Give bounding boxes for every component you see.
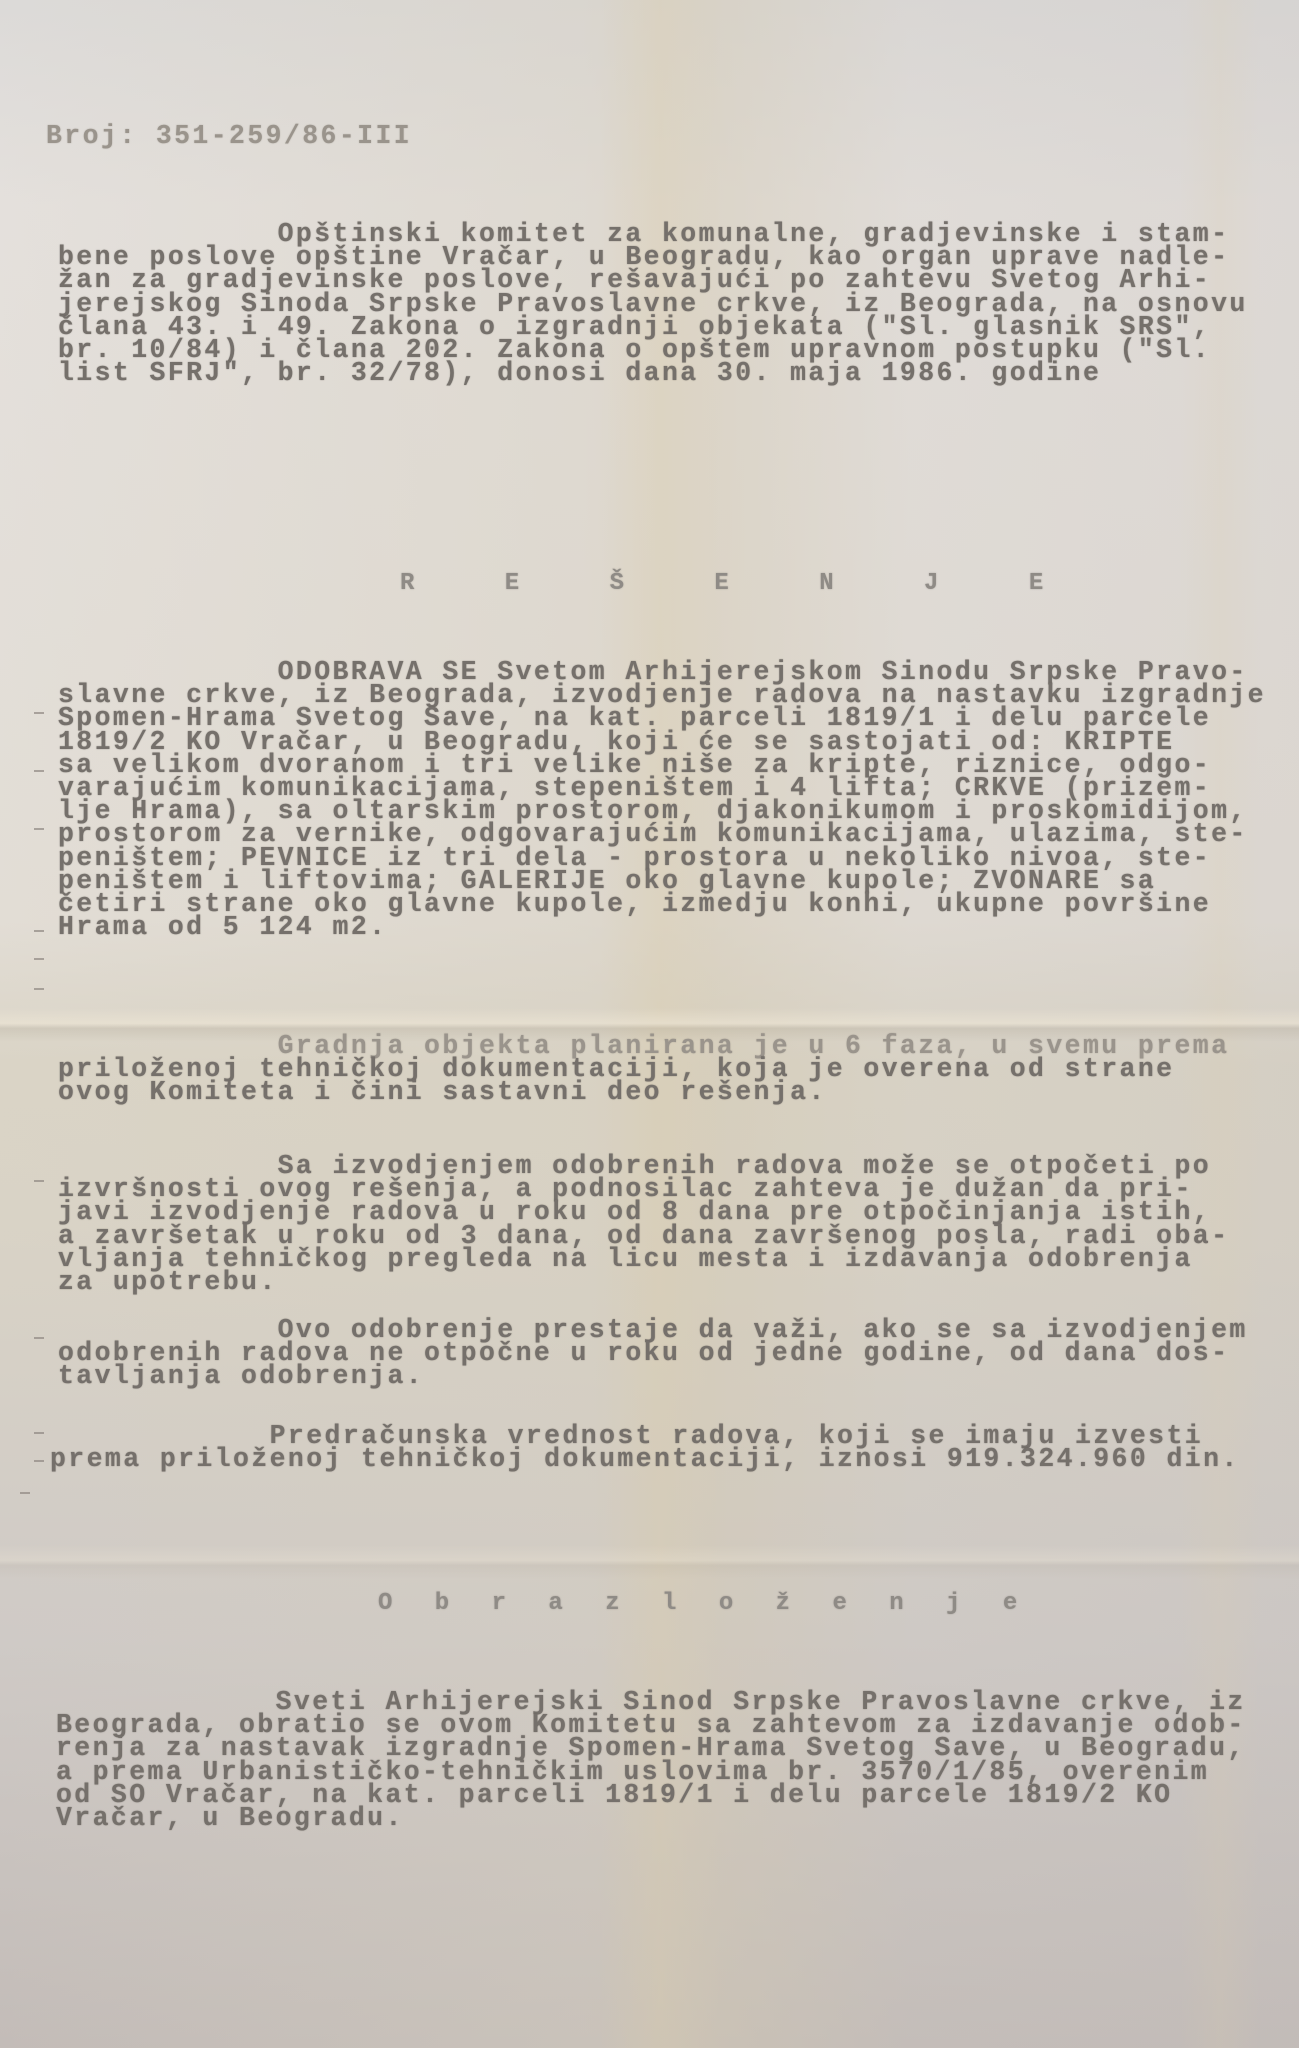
reasoning-heading: O b r a z l o ž e n j e xyxy=(378,1590,1031,1617)
margin-dash-mark xyxy=(34,1432,44,1434)
decision-heading: R E Š E N J E xyxy=(400,570,1081,597)
margin-dash-mark xyxy=(34,988,44,990)
typed-line: prema priloženoj tehničkoj dokumentaciji… xyxy=(50,1445,1240,1473)
margin-dash-mark xyxy=(34,828,44,830)
margin-dash-mark xyxy=(20,1492,30,1494)
typewritten-document: Broj: 351-259/86-III Opštinski komitet z… xyxy=(0,0,1299,2048)
typed-line: list SFRJ", br. 32/78), donosi dana 30. … xyxy=(58,359,1101,387)
margin-dash-mark xyxy=(34,1460,44,1462)
typed-line: Vračar, u Beogradu. xyxy=(56,1804,404,1832)
document-reference-number: Broj: 351-259/86-III xyxy=(46,122,412,150)
typed-line: Hrama od 5 124 m2. xyxy=(58,913,387,941)
typed-line: tavljanja odobrenja. xyxy=(58,1362,424,1390)
margin-dash-mark xyxy=(34,1337,44,1339)
margin-dash-mark xyxy=(34,770,44,772)
margin-dash-mark xyxy=(34,930,44,932)
typed-line: za upotrebu. xyxy=(58,1268,278,1296)
margin-dash-mark xyxy=(34,712,44,714)
margin-dash-mark xyxy=(34,958,44,960)
typed-line: ovog Komiteta i čini sastavni deo rešenj… xyxy=(58,1078,827,1106)
margin-dash-mark xyxy=(34,1180,44,1182)
